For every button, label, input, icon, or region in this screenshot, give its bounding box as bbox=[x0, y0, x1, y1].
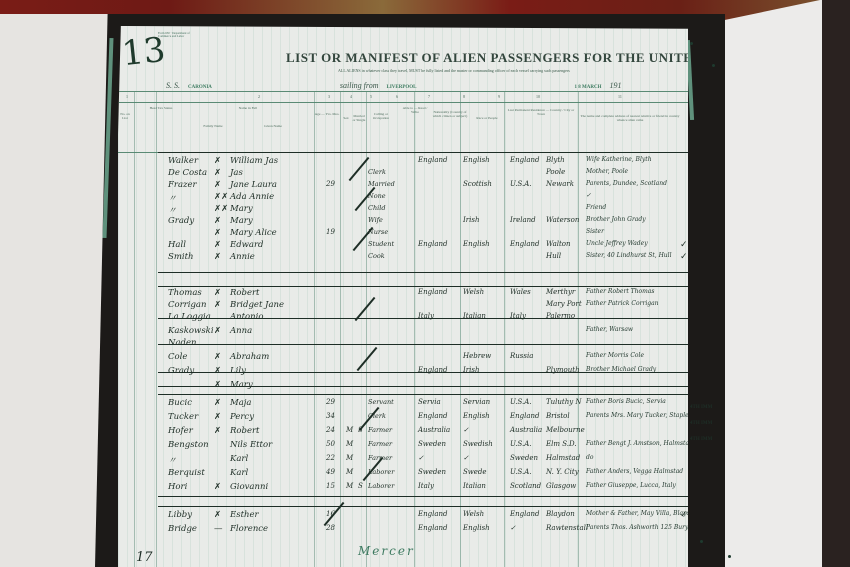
tax-mark: ✗ bbox=[214, 228, 221, 238]
nearest-relative: Mother & Father, May Villa, Blaydon, Sta… bbox=[586, 510, 688, 517]
tax-mark: ✗ bbox=[214, 156, 221, 166]
stamp: 4TH IMM bbox=[690, 416, 712, 432]
nationality: ✓ bbox=[418, 454, 424, 462]
nearest-relative: Wife Katherine, Blyth bbox=[586, 156, 652, 163]
nationality: Sweden bbox=[418, 468, 446, 476]
column-header: Able to — Read / Write bbox=[400, 106, 430, 114]
residence-country: England bbox=[510, 510, 540, 518]
table-row: 23 〃 Karl 22 M Farmer ✓ ✓ Sweden Halmsta… bbox=[118, 454, 688, 467]
residence-city: Merthyr bbox=[546, 288, 575, 296]
strike-through-line bbox=[158, 386, 688, 387]
residence-country: England bbox=[510, 240, 540, 248]
column-header: Nationality (Country of which citizen or… bbox=[430, 110, 470, 118]
given-name: Mary Alice bbox=[230, 228, 277, 238]
column-header: No. on List bbox=[120, 112, 130, 120]
residence-country: England bbox=[510, 156, 540, 164]
sex: M bbox=[346, 454, 353, 462]
residence-country: U.S.A. bbox=[510, 440, 532, 448]
race: English bbox=[463, 156, 490, 164]
occupation: Laborer bbox=[368, 482, 394, 490]
nearest-relative: Uncle Jeffrey Wadey bbox=[586, 240, 648, 247]
given-name: Robert bbox=[230, 288, 259, 298]
table-row: 22 Bengston Nils Ettor 50 M Farmer Swede… bbox=[118, 440, 688, 453]
race: English bbox=[463, 524, 490, 532]
race: Scottish bbox=[463, 180, 492, 188]
residence-city: Newark bbox=[546, 180, 574, 188]
family-name: Hall bbox=[168, 240, 186, 250]
age: 49 bbox=[326, 468, 335, 476]
race: Welsh bbox=[463, 288, 484, 296]
race: Hebrew bbox=[463, 352, 491, 360]
ss-label: S. S. bbox=[166, 81, 180, 90]
residence-city: N. Y. City bbox=[546, 468, 579, 476]
nearest-relative: Parents, Dundee, Scotland bbox=[586, 180, 667, 187]
family-name: Tucker bbox=[168, 412, 198, 422]
race: Servian bbox=[463, 398, 490, 406]
column-header: Given Name bbox=[258, 124, 288, 128]
column-header: Race or People bbox=[472, 116, 502, 120]
residence-city: Blaydon bbox=[546, 510, 575, 518]
tax-mark: ✗ bbox=[214, 180, 221, 190]
tax-mark: ✗ bbox=[214, 352, 221, 362]
strike-through-line bbox=[158, 318, 688, 319]
sex: M bbox=[346, 426, 353, 434]
nationality: Servia bbox=[418, 398, 441, 406]
nearest-relative: Father, Warsaw bbox=[586, 326, 633, 333]
family-name: Smith bbox=[168, 252, 194, 262]
family-name: Cole bbox=[168, 352, 187, 362]
column-number: 11 bbox=[618, 94, 622, 99]
residence-city: Bristol bbox=[546, 412, 570, 420]
nearest-relative: Father Morris Cole bbox=[586, 352, 644, 359]
given-name: Karl bbox=[230, 468, 248, 478]
nearest-relative: Mother, Poole bbox=[586, 168, 628, 175]
nationality: England bbox=[418, 524, 448, 532]
voyage-line: S. S. CARONIA sailing from LIVERPOOL 1 8… bbox=[166, 81, 686, 90]
given-name: Abraham bbox=[230, 352, 269, 362]
given-name: Annie bbox=[230, 252, 255, 262]
sailing-from-label: sailing from bbox=[340, 81, 379, 90]
given-name: Lily bbox=[230, 366, 246, 376]
column-number: 9 bbox=[498, 94, 500, 99]
row-rule bbox=[158, 496, 688, 497]
given-name: Ada Annie bbox=[230, 192, 274, 202]
occupation: Wife bbox=[368, 216, 383, 224]
nationality: Australia bbox=[418, 426, 450, 434]
nearest-relative: Sister, 40 Lindhurst St, Hull bbox=[586, 252, 672, 259]
table-row: 24 Berquist Karl 49 M Laborer Sweden Swe… bbox=[118, 468, 688, 481]
tax-mark: ✗ bbox=[214, 288, 221, 298]
given-name: William Jas bbox=[230, 156, 278, 166]
residence-country: Ireland bbox=[510, 216, 536, 224]
column-number: 5 bbox=[370, 94, 372, 99]
family-name: Grady bbox=[168, 366, 194, 376]
column-header: Head Tax Status bbox=[136, 106, 186, 110]
check-mark-icon: ✓ bbox=[680, 252, 688, 262]
tax-mark: ✗✗ bbox=[214, 192, 228, 202]
race: ✓ bbox=[463, 426, 469, 434]
race: Italian bbox=[463, 482, 486, 490]
tax-mark: ✗ bbox=[214, 216, 221, 226]
race: ✓ bbox=[463, 454, 469, 462]
column-number: 4 bbox=[350, 94, 352, 99]
residence-country: U.S.A. bbox=[510, 180, 532, 188]
family-name: La Loggia bbox=[168, 312, 211, 322]
residence-city: Mary Port bbox=[546, 300, 582, 308]
row-rule bbox=[158, 506, 688, 507]
ship-name: CARONIA bbox=[188, 85, 212, 90]
residence-city: Melbourne bbox=[546, 426, 585, 434]
nearest-relative: Father Robert Thomas bbox=[586, 288, 654, 295]
given-name: Robert bbox=[230, 426, 259, 436]
given-name: Mary bbox=[230, 380, 253, 390]
column-header: Family Name bbox=[198, 124, 228, 128]
sex: M bbox=[346, 440, 353, 448]
occupation: Farmer bbox=[368, 440, 392, 448]
race: Irish bbox=[463, 216, 479, 224]
nearest-relative: Brother John Grady bbox=[586, 216, 646, 223]
film-dot bbox=[728, 555, 731, 558]
tax-mark: — bbox=[214, 524, 223, 534]
table-row: 10 bbox=[118, 264, 688, 277]
residence-city: Poole bbox=[546, 168, 565, 176]
nearest-relative: do bbox=[586, 454, 593, 461]
nationality: England bbox=[418, 510, 448, 518]
stamp: 4TH IMM bbox=[690, 432, 712, 448]
check-mark-icon: ✓ bbox=[680, 510, 688, 520]
family-name: Kaskowski bbox=[168, 326, 214, 336]
year-label: 191 bbox=[609, 81, 621, 90]
check-mark-icon: ✓ bbox=[680, 240, 688, 250]
residence-city: Waterson bbox=[546, 216, 579, 224]
sailing-date: 1 8 MARCH bbox=[575, 85, 602, 90]
occupation: Child bbox=[368, 204, 385, 212]
column-header: Name in Full bbox=[218, 106, 278, 110]
given-name: Percy bbox=[230, 412, 254, 422]
nearest-relative: Friend bbox=[586, 204, 606, 211]
nearest-relative: Parents Mrs. Mary Tucker, Staple Hill, B… bbox=[586, 412, 688, 419]
column-number: 10 bbox=[536, 94, 540, 99]
given-name: Mary bbox=[230, 204, 253, 214]
marital-status: S bbox=[358, 482, 363, 490]
residence-city: Elm S.D. bbox=[546, 440, 577, 448]
column-number: 7 bbox=[428, 94, 430, 99]
family-name: Frazer bbox=[168, 180, 197, 190]
given-name: Jane Laura bbox=[230, 180, 277, 190]
family-name: 〃 bbox=[168, 454, 177, 466]
column-headers: No. on List Head Tax Status Name in Full… bbox=[118, 102, 678, 152]
nationality: England bbox=[418, 240, 448, 248]
film-dot bbox=[700, 540, 703, 543]
nationality: England bbox=[418, 412, 448, 420]
age: 15 bbox=[326, 482, 335, 490]
row-rule bbox=[158, 286, 688, 287]
family-name: Bengston bbox=[168, 440, 209, 450]
race: Swedish bbox=[463, 440, 493, 448]
race: Swede bbox=[463, 468, 487, 476]
given-name: Esther bbox=[230, 510, 259, 520]
family-name: 〃 bbox=[168, 204, 177, 216]
age: 29 bbox=[326, 180, 335, 188]
table-row: 26 Libby ✗ Esther 16 England Welsh Engla… bbox=[118, 510, 688, 523]
family-name: Thomas bbox=[168, 288, 202, 298]
nationality: Sweden bbox=[418, 440, 446, 448]
tax-mark: ✗ bbox=[214, 366, 221, 376]
table-row: 16 Cole ✗ Abraham Hebrew Russia Father M… bbox=[118, 352, 688, 365]
given-name: Mary bbox=[230, 216, 253, 226]
tax-mark: ✗ bbox=[214, 510, 221, 520]
given-name: Giovanni bbox=[230, 482, 268, 492]
given-name: Florence bbox=[230, 524, 268, 534]
strike-through-line bbox=[158, 344, 688, 345]
race: English bbox=[463, 240, 490, 248]
form-reference: Form 630 · Department of Commerce and La… bbox=[158, 32, 194, 38]
table-row: 19 Bucic ✗ Maja 29 Servant Servia Servia… bbox=[118, 398, 688, 411]
occupation: Farmer bbox=[368, 426, 392, 434]
tax-mark: ✗ bbox=[214, 252, 221, 262]
nearest-relative: Father Boris Bucic, Servia bbox=[586, 398, 666, 405]
tax-mark: ✗ bbox=[214, 482, 221, 492]
residence-country: Scotland bbox=[510, 482, 541, 490]
tax-mark: ✗ bbox=[214, 326, 221, 336]
nearest-relative: Father Bengt J. Amstson, Halmstad bbox=[586, 440, 688, 447]
age: 22 bbox=[326, 454, 335, 462]
age: 24 bbox=[326, 426, 335, 434]
given-name: Jas bbox=[230, 168, 243, 178]
table-row: 21 Hofer ✗ Robert 24 M S Farmer Australi… bbox=[118, 426, 688, 439]
race: Welsh bbox=[463, 510, 484, 518]
departure-port: LIVERPOOL bbox=[387, 85, 417, 90]
residence-city: Blyth bbox=[546, 156, 565, 164]
residence-city: Rawtenstall bbox=[546, 524, 588, 532]
column-header: Calling or Occupation bbox=[366, 112, 396, 120]
tax-mark: ✗ bbox=[214, 380, 221, 390]
table-row: 25 Hori ✗ Giovanni 15 M S Laborer Italy … bbox=[118, 482, 688, 495]
family-name: Naden bbox=[168, 338, 196, 348]
row-rule bbox=[158, 272, 688, 273]
family-name: Libby bbox=[168, 510, 192, 520]
page-title: LIST OR MANIFEST OF ALIEN PASSENGERS FOR… bbox=[286, 50, 688, 66]
sex: M bbox=[346, 468, 353, 476]
nearest-relative: ✓ bbox=[586, 192, 591, 199]
age: 29 bbox=[326, 398, 335, 406]
given-name: Anna bbox=[230, 326, 252, 336]
tax-mark: ✗ bbox=[214, 240, 221, 250]
tax-mark: ✗ bbox=[214, 398, 221, 408]
sex: M bbox=[346, 482, 353, 490]
given-name: Edward bbox=[230, 240, 264, 250]
column-number: 6 bbox=[396, 94, 398, 99]
residence-country: Russia bbox=[510, 352, 533, 360]
side-stamps: 4TH IMM 4TH IMM 4TH IMM bbox=[690, 400, 712, 448]
family-name: De Costa bbox=[168, 168, 207, 178]
nearest-relative: Father Patrick Corrigan bbox=[586, 300, 659, 307]
age: 50 bbox=[326, 440, 335, 448]
family-name: Bucic bbox=[168, 398, 192, 408]
strike-through-line bbox=[158, 372, 688, 373]
given-name: Antonio bbox=[230, 312, 263, 322]
residence-country: England bbox=[510, 412, 540, 420]
nationality: England bbox=[418, 156, 448, 164]
age: 19 bbox=[326, 228, 335, 236]
nearest-relative: Father Giuseppe, Lucca, Italy bbox=[586, 482, 676, 489]
family-name: Berquist bbox=[168, 468, 205, 478]
occupation: Clerk bbox=[368, 168, 386, 176]
residence-country: U.S.A. bbox=[510, 398, 532, 406]
tax-mark: ✗ bbox=[214, 168, 221, 178]
column-numbers: 1 2 3 4 5 6 7 8 9 10 11 bbox=[118, 92, 678, 102]
nearest-relative: Father Anders, Vegga Halmstad bbox=[586, 468, 683, 475]
family-name: Corrigan bbox=[168, 300, 206, 310]
nationality: Italy bbox=[418, 482, 434, 490]
given-name: Bridget Jane bbox=[230, 300, 284, 310]
residence-city: Halmstad bbox=[546, 454, 580, 462]
occupation: Servant bbox=[368, 398, 394, 406]
page-tally: 17 bbox=[136, 550, 153, 565]
age: 34 bbox=[326, 412, 335, 420]
handwritten-annotation: Mercer bbox=[358, 544, 415, 558]
row-rule bbox=[158, 152, 688, 153]
column-header: The name and complete address of nearest… bbox=[580, 114, 680, 122]
stamp: 4TH IMM bbox=[690, 400, 712, 416]
family-name: Hori bbox=[168, 482, 187, 492]
residence-city: Glasgow bbox=[546, 482, 576, 490]
age: 28 bbox=[326, 524, 335, 532]
nearest-relative: Sister bbox=[586, 228, 604, 235]
column-number: 1 bbox=[126, 94, 128, 99]
column-header: Sex bbox=[340, 116, 352, 120]
residence-country: U.S.A. bbox=[510, 468, 532, 476]
occupation: Married bbox=[368, 180, 395, 188]
given-name: Maja bbox=[230, 398, 251, 408]
tax-mark: ✗ bbox=[214, 412, 221, 422]
table-row: 20 Tucker ✗ Percy 34 Clerk England Engli… bbox=[118, 412, 688, 425]
given-name: Karl bbox=[230, 454, 248, 464]
manifest-sheet: 13 Form 630 · Department of Commerce and… bbox=[118, 26, 688, 567]
tax-mark: ✗✗ bbox=[214, 204, 228, 214]
occupation: Cook bbox=[368, 252, 385, 260]
residence-country: ✓ bbox=[510, 524, 516, 532]
table-row: 27 Bridge — Florence 28 England English … bbox=[118, 524, 688, 537]
residence-country: Australia bbox=[510, 426, 542, 434]
race: English bbox=[463, 412, 490, 420]
residence-country: Sweden bbox=[510, 454, 538, 462]
family-name: Walker bbox=[168, 156, 198, 166]
residence-city: Tuluthy N bbox=[546, 398, 582, 406]
column-header: Last Permanent Residence — Country / Cit… bbox=[506, 108, 576, 116]
row-rule bbox=[158, 394, 688, 395]
family-name: Bridge bbox=[168, 524, 197, 534]
family-name: Hofer bbox=[168, 426, 193, 436]
page-subtitle: ALL ALIENS in whatever class they travel… bbox=[338, 68, 570, 73]
residence-country: Wales bbox=[510, 288, 531, 296]
residence-city: Walton bbox=[546, 240, 571, 248]
column-header: Married or Single bbox=[352, 114, 366, 122]
column-header: Age — Yrs. Mos. bbox=[314, 112, 340, 116]
given-name: Nils Ettor bbox=[230, 440, 272, 450]
occupation: Student bbox=[368, 240, 394, 248]
column-number: 8 bbox=[463, 94, 465, 99]
nearest-relative: Parents Thos. Ashworth 125 Bury Rd., Raw… bbox=[586, 524, 688, 531]
film-dot bbox=[712, 64, 715, 67]
family-name: 〃 bbox=[168, 192, 177, 204]
family-name: Grady bbox=[168, 216, 194, 226]
film-dot bbox=[690, 42, 693, 45]
nationality: England bbox=[418, 288, 448, 296]
residence-city: Hull bbox=[546, 252, 561, 260]
tax-mark: ✗ bbox=[214, 300, 221, 310]
background-edge bbox=[822, 0, 850, 567]
tax-mark: ✗ bbox=[214, 426, 221, 436]
column-number: 3 bbox=[328, 94, 330, 99]
column-number: 2 bbox=[258, 94, 260, 99]
